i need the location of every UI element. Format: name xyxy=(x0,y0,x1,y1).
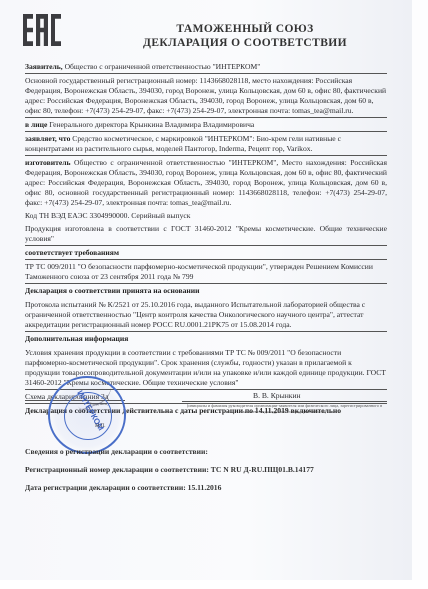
manufacturer-value: Общество с ограниченной ответственностью… xyxy=(25,158,387,207)
declares-row: заявляет, что Средство косметическое, с … xyxy=(25,134,387,156)
eac-logo xyxy=(23,14,63,46)
declaration-page: ТАМОЖЕННЫЙ СОЮЗ ДЕКЛАРАЦИЯ О СООТВЕТСТВИ… xyxy=(0,0,412,580)
declares-value: Средство косметическое, с маркировкой "И… xyxy=(25,134,341,153)
eac-letter-e-icon xyxy=(23,14,33,46)
applicant-label: Заявитель, xyxy=(25,62,63,71)
applicant-details: Основной государственный регистрационный… xyxy=(25,76,387,118)
complies-value: ТР ТС 009/2011 "О безопасности парфюмерн… xyxy=(25,262,387,284)
basis-label-row: Декларация о соответствии принята на осн… xyxy=(25,286,387,297)
registration-number: Регистрационный номер декларации о соотв… xyxy=(25,465,314,474)
registration-info: Сведения о регистрации декларации о соот… xyxy=(25,447,314,501)
eac-letter-c-icon xyxy=(51,14,61,46)
title-customs-union: ТАМОЖЕННЫЙ СОЮЗ xyxy=(110,22,380,36)
product-code: Код ТН ВЭД ЕАЭС 3304990000. Серийный вып… xyxy=(25,211,387,222)
name-caption: (инициалы и фамилия руководителя организ… xyxy=(182,403,387,415)
name-line xyxy=(182,401,387,402)
declaration-body: Заявитель, Общество с ограниченной ответ… xyxy=(25,62,387,419)
complies-label-row: соответствует требованиям xyxy=(25,248,387,260)
manufacturer-row: изготовитель Общество с ограниченной отв… xyxy=(25,158,387,209)
eac-letter-a-icon xyxy=(36,14,48,46)
scan-edge-bottom xyxy=(0,580,428,589)
represented-by-value: Генерального директора Крынкина Владимир… xyxy=(47,120,254,129)
company-stamp: ИНТЕРКОМ xyxy=(48,376,126,454)
signatory-name: В. В. Крынкин xyxy=(253,391,301,400)
applicant-value: Общество с ограниченной ответственностью… xyxy=(63,62,261,71)
product-standard: Продукция изготовлена в соответствии с Г… xyxy=(25,224,387,246)
basis-value: Протокола испытаний № К/2521 от 25.10.20… xyxy=(25,300,387,332)
additional-label: Дополнительная информация xyxy=(25,334,128,343)
additional-label-row: Дополнительная информация xyxy=(25,334,387,345)
manufacturer-label: изготовитель xyxy=(25,158,70,167)
document-title: ТАМОЖЕННЫЙ СОЮЗ ДЕКЛАРАЦИЯ О СООТВЕТСТВИ… xyxy=(110,22,380,50)
applicant-row: Заявитель, Общество с ограниченной ответ… xyxy=(25,62,387,74)
basis-label: Декларация о соответствии принята на осн… xyxy=(25,286,200,295)
registration-heading: Сведения о регистрации декларации о соот… xyxy=(25,447,314,456)
seal-mark: М.П. xyxy=(95,424,106,429)
registration-date: Дата регистрации декларации о соответств… xyxy=(25,483,314,492)
represented-by-label: в лице xyxy=(25,120,47,129)
complies-label: соответствует требованиям xyxy=(25,248,119,257)
represented-by-row: в лице Генерального директора Крынкина В… xyxy=(25,120,387,132)
declares-label: заявляет, что xyxy=(25,134,70,143)
scan-edge-right xyxy=(412,0,428,589)
title-declaration: ДЕКЛАРАЦИЯ О СООТВЕТСТВИИ xyxy=(110,36,380,50)
